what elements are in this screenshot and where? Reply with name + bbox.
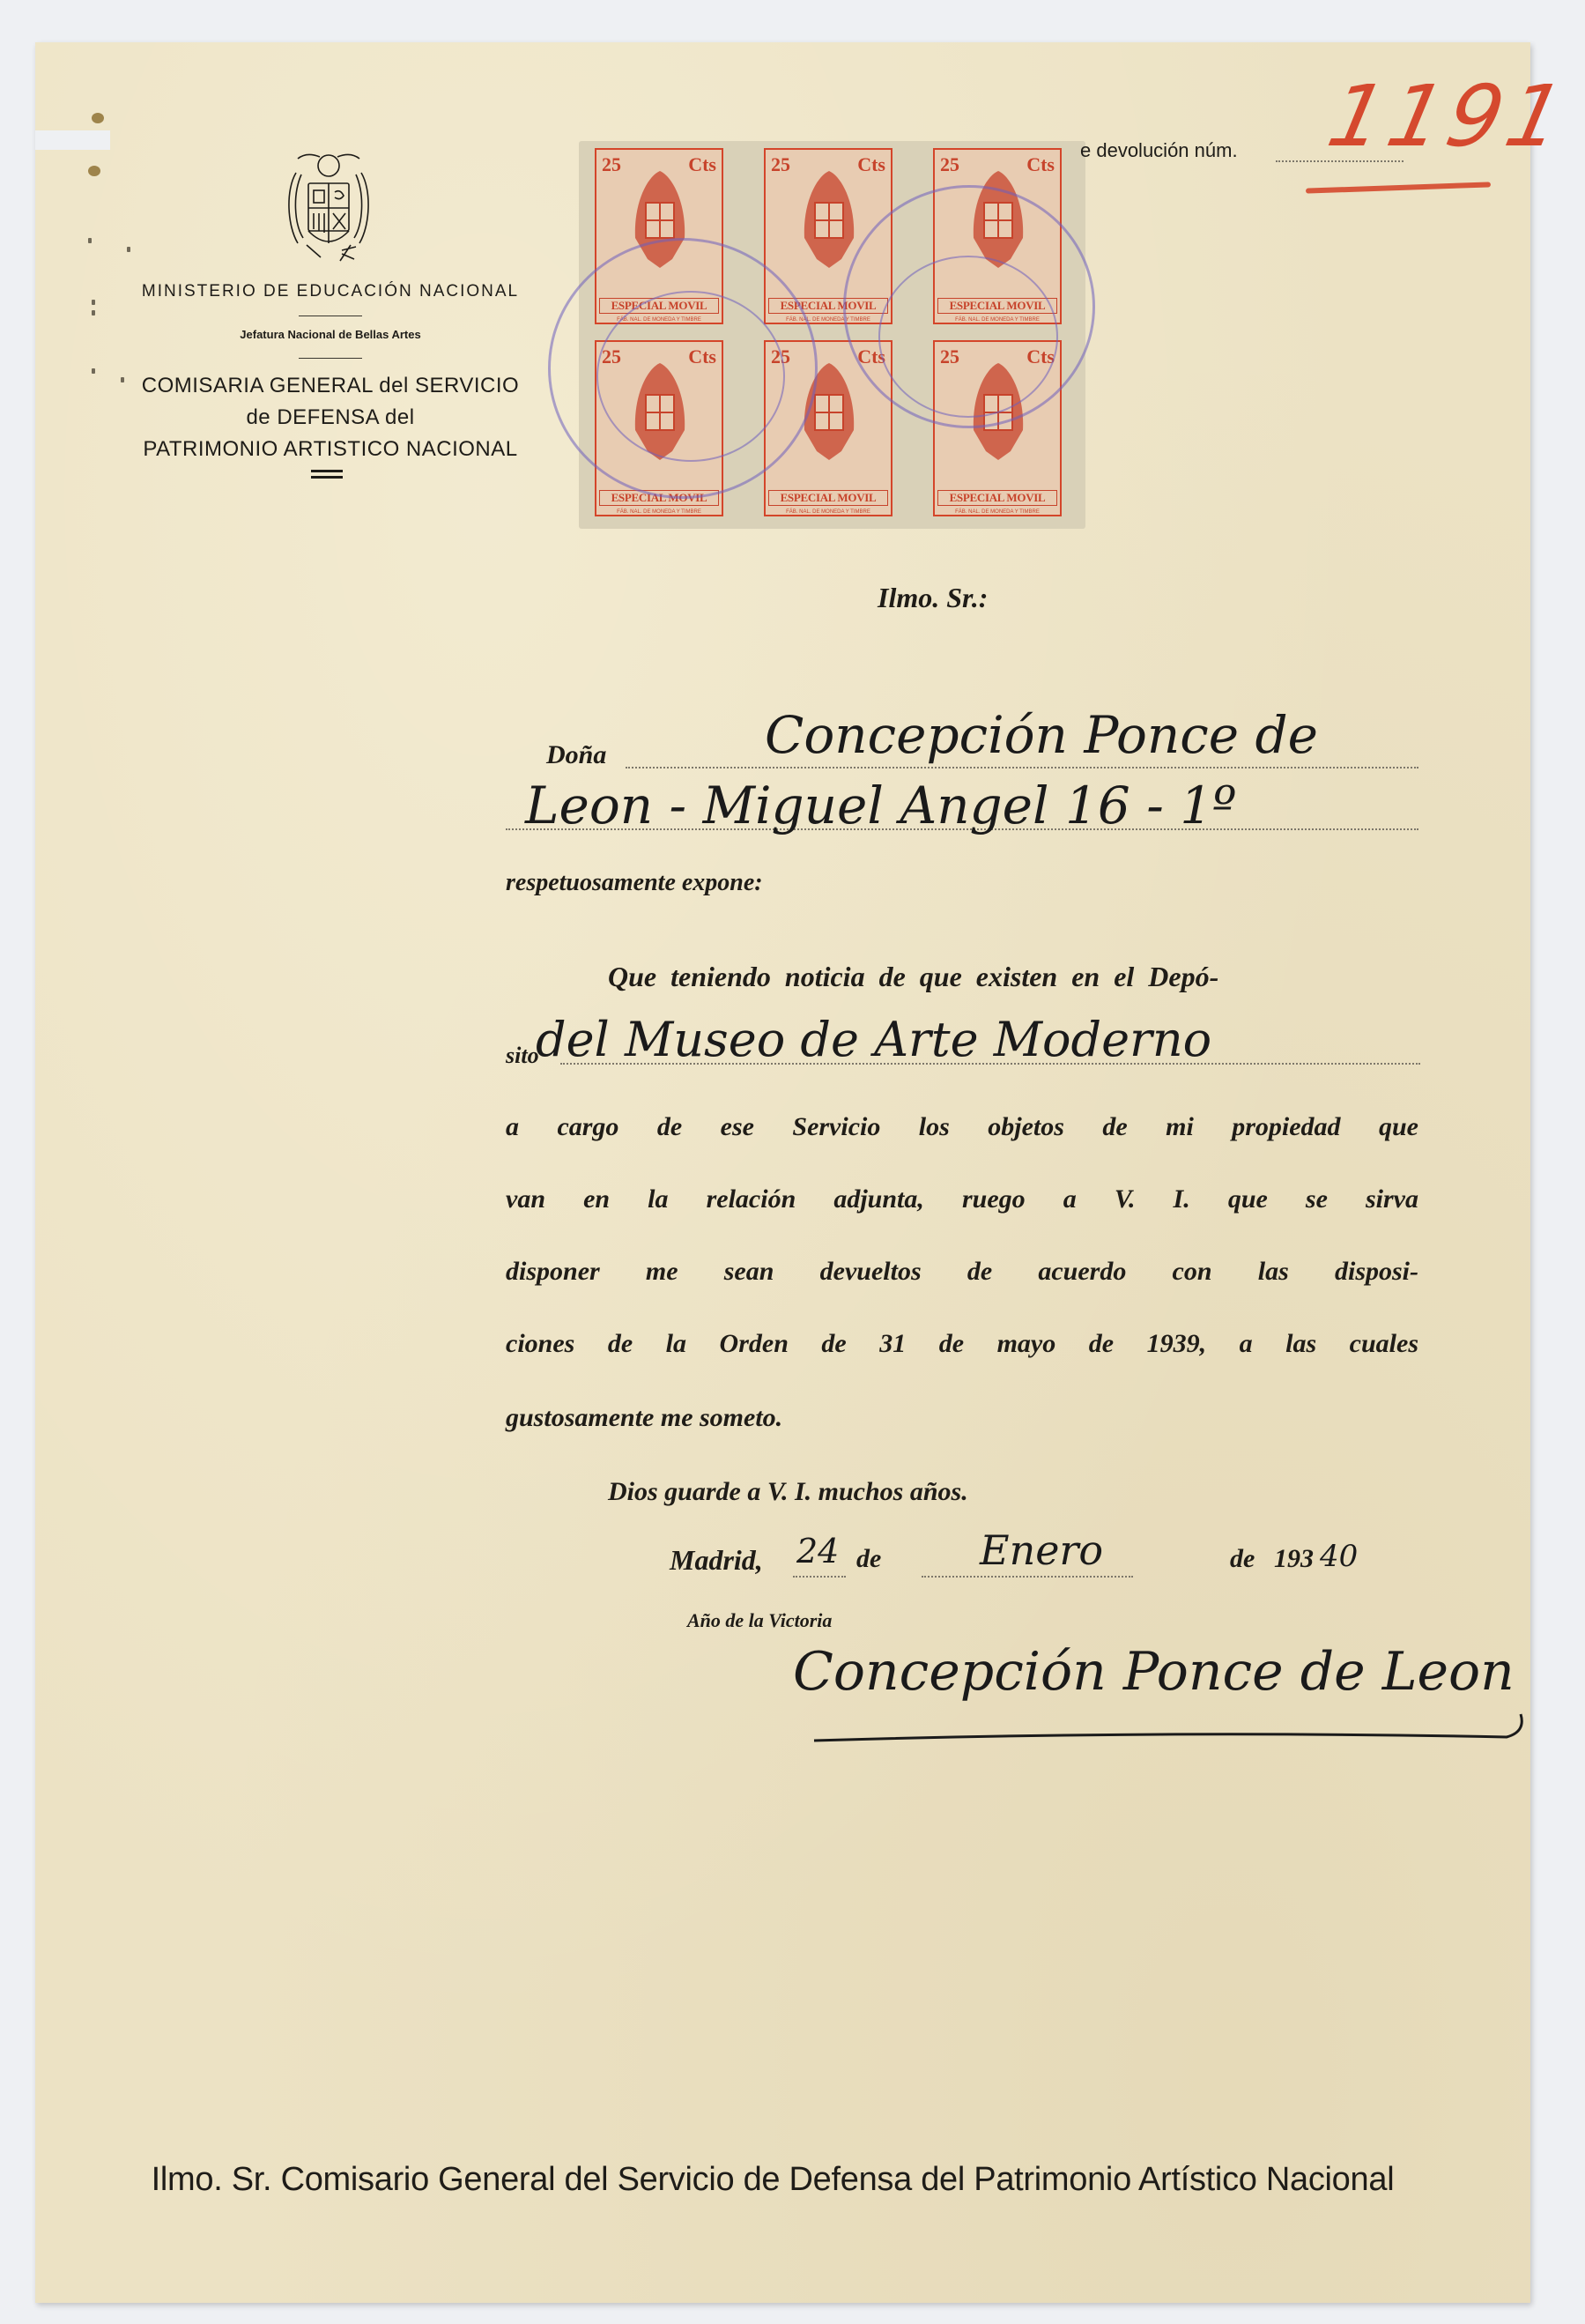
double-rule	[311, 470, 343, 472]
staple-rust-mark	[92, 113, 104, 123]
handwritten-year: 40	[1320, 1539, 1358, 1574]
body-line-7: gustosamente me someto.	[506, 1403, 782, 1433]
date-de-2: de	[1230, 1544, 1255, 1574]
comisaria-line: de DEFENSA del	[132, 402, 529, 434]
handwritten-deposit: del Museo de Arte Moderno	[536, 1012, 1211, 1067]
divider	[299, 358, 362, 359]
stamp-currency: Cts	[688, 153, 716, 176]
body-line-4: van en la relación adjunta, ruego a V. I…	[506, 1184, 1418, 1214]
divider	[299, 316, 362, 316]
stamp-fabrica: FÁB. NAL. DE MONEDA Y TIMBRE	[596, 509, 722, 515]
body-line-2-prefix: sito	[506, 1043, 539, 1069]
revenue-stamps-block: 25 Cts ESPECIAL MOVIL FÁB. NAL. DE MONED…	[579, 141, 1085, 529]
staple-rust-mark	[88, 166, 100, 176]
devolucion-label: e devolución núm.	[1080, 139, 1238, 162]
stamp-value: 25	[940, 153, 959, 176]
expone-text: respetuosamente expone:	[506, 869, 763, 897]
stamp-label: ESPECIAL MOVIL	[937, 490, 1057, 506]
stamp-value: 25	[602, 153, 621, 176]
body-line-6: ciones de la Orden de 31 de mayo de 1939…	[506, 1329, 1418, 1359]
handwritten-name-line1: Concepción Ponce de	[765, 705, 1318, 765]
signature: Concepción Ponce de Leon	[793, 1641, 1515, 1703]
ink-speck	[88, 238, 92, 243]
ink-speck	[92, 310, 95, 316]
day-dotted-line	[793, 1576, 846, 1578]
stamp-label: ESPECIAL MOVIL	[768, 490, 888, 506]
stamp-fabrica: FÁB. NAL. DE MONEDA Y TIMBRE	[766, 509, 891, 515]
jefatura-subtitle: Jefatura Nacional de Bellas Artes	[132, 328, 529, 341]
handwritten-name-line2: Leon - Miguel Angel 16 - 1º	[525, 776, 1236, 835]
comisaria-line: PATRIMONIO ARTISTICO NACIONAL	[132, 434, 529, 465]
date-place: Madrid,	[670, 1544, 763, 1577]
ink-speck	[92, 300, 95, 305]
month-dotted-line	[922, 1576, 1133, 1578]
eagle-crest-icon	[799, 167, 859, 273]
body-line-5: disponer me sean devueltos de acuerdo co…	[506, 1257, 1418, 1287]
ink-speck	[127, 247, 130, 252]
comisaria-title: COMISARIA GENERAL del SERVICIO de DEFENS…	[132, 370, 529, 465]
handwritten-month: Enero	[980, 1526, 1103, 1574]
closing-formula: Dios guarde a V. I. muchos años.	[608, 1477, 968, 1507]
double-rule	[311, 476, 343, 479]
stamp-currency: Cts	[1026, 153, 1055, 176]
date-year-printed: 193	[1274, 1544, 1314, 1574]
addressee-footer: Ilmo. Sr. Comisario General del Servicio…	[134, 2161, 1411, 2199]
ink-speck	[92, 368, 95, 374]
stamp-fabrica: FÁB. NAL. DE MONEDA Y TIMBRE	[935, 509, 1060, 515]
ink-speck	[121, 377, 124, 382]
binding-tear	[35, 130, 110, 150]
date-de-1: de	[856, 1544, 881, 1574]
body-line-3: a cargo de ese Servicio los objetos de m…	[506, 1112, 1418, 1142]
dona-prefix: Doña	[546, 740, 606, 770]
salutation: Ilmo. Sr.:	[878, 582, 988, 614]
name-dotted-line	[626, 767, 1418, 768]
cancellation-seal	[596, 291, 785, 462]
body-line-1: Que teniendo noticia de que existen en e…	[608, 961, 1218, 993]
signature-flourish	[811, 1705, 1533, 1749]
cancellation-seal	[878, 256, 1058, 418]
ano-de-la-victoria: Año de la Victoria	[687, 1609, 832, 1632]
ministry-title: MINISTERIO DE EDUCACIÓN NACIONAL	[132, 282, 529, 301]
comisaria-line: COMISARIA GENERAL del SERVICIO	[132, 370, 529, 402]
stamp-value: 25	[771, 153, 790, 176]
coat-of-arms-eagle-icon	[280, 146, 377, 270]
handwritten-day: 24	[796, 1532, 839, 1570]
devolucion-number: 1191	[1320, 67, 1577, 166]
stamp-currency: Cts	[857, 153, 885, 176]
